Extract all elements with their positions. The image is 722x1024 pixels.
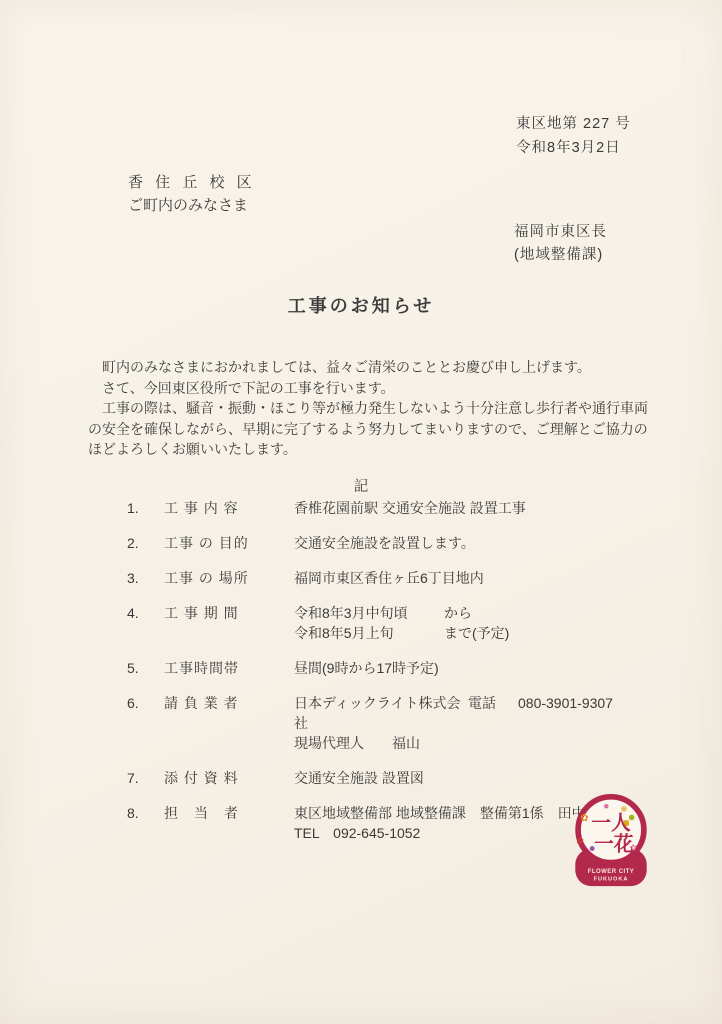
- item-number: 8.: [127, 803, 164, 823]
- item-label: 請 負 業 者: [164, 693, 294, 713]
- item-value: 福岡市東区香住ヶ丘6丁目地内: [294, 568, 687, 588]
- item-construction-location: 3. 工事 の 場所 福岡市東区香住ヶ丘6丁目地内: [127, 568, 687, 588]
- sender-department: (地域整備課): [514, 244, 607, 267]
- item-value: 交通安全施設 設置図: [294, 768, 687, 788]
- item-construction-hours: 5. 工事時間帯 昼間(9時から17時予定): [127, 658, 687, 678]
- item-label: 工事 の 場所: [164, 568, 294, 588]
- addressee-block: 香 住 丘 校 区 ご町内のみなさま: [128, 171, 256, 217]
- item-value: 交通安全施設を設置します。: [294, 533, 687, 553]
- item-number: 3.: [127, 568, 164, 588]
- flower-city-fukuoka-logo: ✿ ❋ ✽ ✿ 一人 一花 FLOWER CITY FUKUOKA: [564, 792, 658, 890]
- scanned-construction-notice-page: 東区地第 227 号 令和8年3月2日 香 住 丘 校 区 ご町内のみなさま 福…: [0, 0, 722, 1024]
- item-value: 昼間(9時から17時予定): [294, 658, 687, 678]
- item-number: 4.: [127, 603, 164, 623]
- contractor-site-agent: 現場代理人 福山: [294, 733, 687, 753]
- period-end-value: 令和8年5月上旬: [294, 623, 444, 643]
- greeting-paragraph-2: さて、今回東区役所で下記の工事を行います。: [88, 378, 650, 399]
- issue-date: 令和8年3月2日: [516, 136, 631, 160]
- item-construction-content: 1. 工 事 内 容 香椎花園前駅 交通安全施設 設置工事: [127, 498, 687, 518]
- logo-kanji-bottom: 一花: [594, 832, 634, 855]
- addressee-residents: ご町内のみなさま: [128, 194, 256, 217]
- item-construction-period: 4. 工 事 期 間 令和8年3月中旬頃 から 令和8年5月上旬 まで(予定): [127, 603, 687, 643]
- item-label: 工 事 期 間: [164, 603, 294, 623]
- addressee-district: 香 住 丘 校 区: [128, 171, 256, 194]
- flower-icon: ✽: [576, 836, 584, 847]
- sender-name: 福岡市東区長: [514, 221, 607, 244]
- contractor-tel-number: 080-3901-9307: [518, 693, 613, 733]
- record-marker: 記: [0, 475, 722, 496]
- period-start-row: 令和8年3月中旬頃 から: [294, 603, 687, 623]
- item-number: 5.: [127, 658, 164, 678]
- contractor-company: 日本ディックライト株式会社: [294, 693, 468, 733]
- item-label: 工事 の 目的: [164, 533, 294, 553]
- contractor-line1: 日本ディックライト株式会社 電話 080-3901-9307: [294, 693, 687, 733]
- item-contractor: 6. 請 負 業 者 日本ディックライト株式会社 電話 080-3901-930…: [127, 693, 687, 753]
- period-end-row: 令和8年5月上旬 まで(予定): [294, 623, 687, 643]
- period-start-value: 令和8年3月中旬頃: [294, 603, 444, 623]
- greeting-paragraph-3: 工事の際は、騒音・振動・ほこり等が極力発生しないよう十分注意し歩行者や通行車両の…: [88, 398, 650, 460]
- item-number: 1.: [127, 498, 164, 518]
- sender-block: 福岡市東区長 (地域整備課): [514, 221, 607, 267]
- period-end-suffix: まで(予定): [444, 623, 509, 643]
- item-label: 工事時間帯: [164, 658, 294, 678]
- flower-dot-icon: [604, 804, 609, 809]
- logo-banner-text-1: FLOWER CITY: [588, 869, 635, 875]
- logo-kanji-top: 一人: [591, 812, 631, 835]
- item-construction-purpose: 2. 工事 の 目的 交通安全施設を設置します。: [127, 533, 687, 553]
- item-label: 担 当 者: [164, 803, 294, 823]
- greeting-paragraphs: 町内のみなさまにおかれましては、益々ご清栄のこととお慶び申し上げます。 さて、今…: [88, 357, 650, 460]
- item-label: 工 事 内 容: [164, 498, 294, 518]
- reference-block: 東区地第 227 号 令和8年3月2日: [516, 112, 631, 160]
- page-title: 工事のお知らせ: [0, 292, 722, 318]
- period-start-suffix: から: [444, 603, 472, 623]
- flower-icon: ✿: [580, 813, 589, 824]
- logo-banner-text-2: FUKUOKA: [594, 876, 629, 882]
- greeting-paragraph-1: 町内のみなさまにおかれましては、益々ご清栄のこととお慶び申し上げます。: [88, 357, 650, 378]
- item-number: 7.: [127, 768, 164, 788]
- item-number: 2.: [127, 533, 164, 553]
- item-attachment: 7. 添 付 資 料 交通安全施設 設置図: [127, 768, 687, 788]
- item-label: 添 付 資 料: [164, 768, 294, 788]
- reference-number: 東区地第 227 号: [516, 112, 631, 136]
- item-value: 香椎花園前駅 交通安全施設 設置工事: [294, 498, 687, 518]
- contractor-tel-label: 電話: [468, 693, 496, 733]
- item-number: 6.: [127, 693, 164, 713]
